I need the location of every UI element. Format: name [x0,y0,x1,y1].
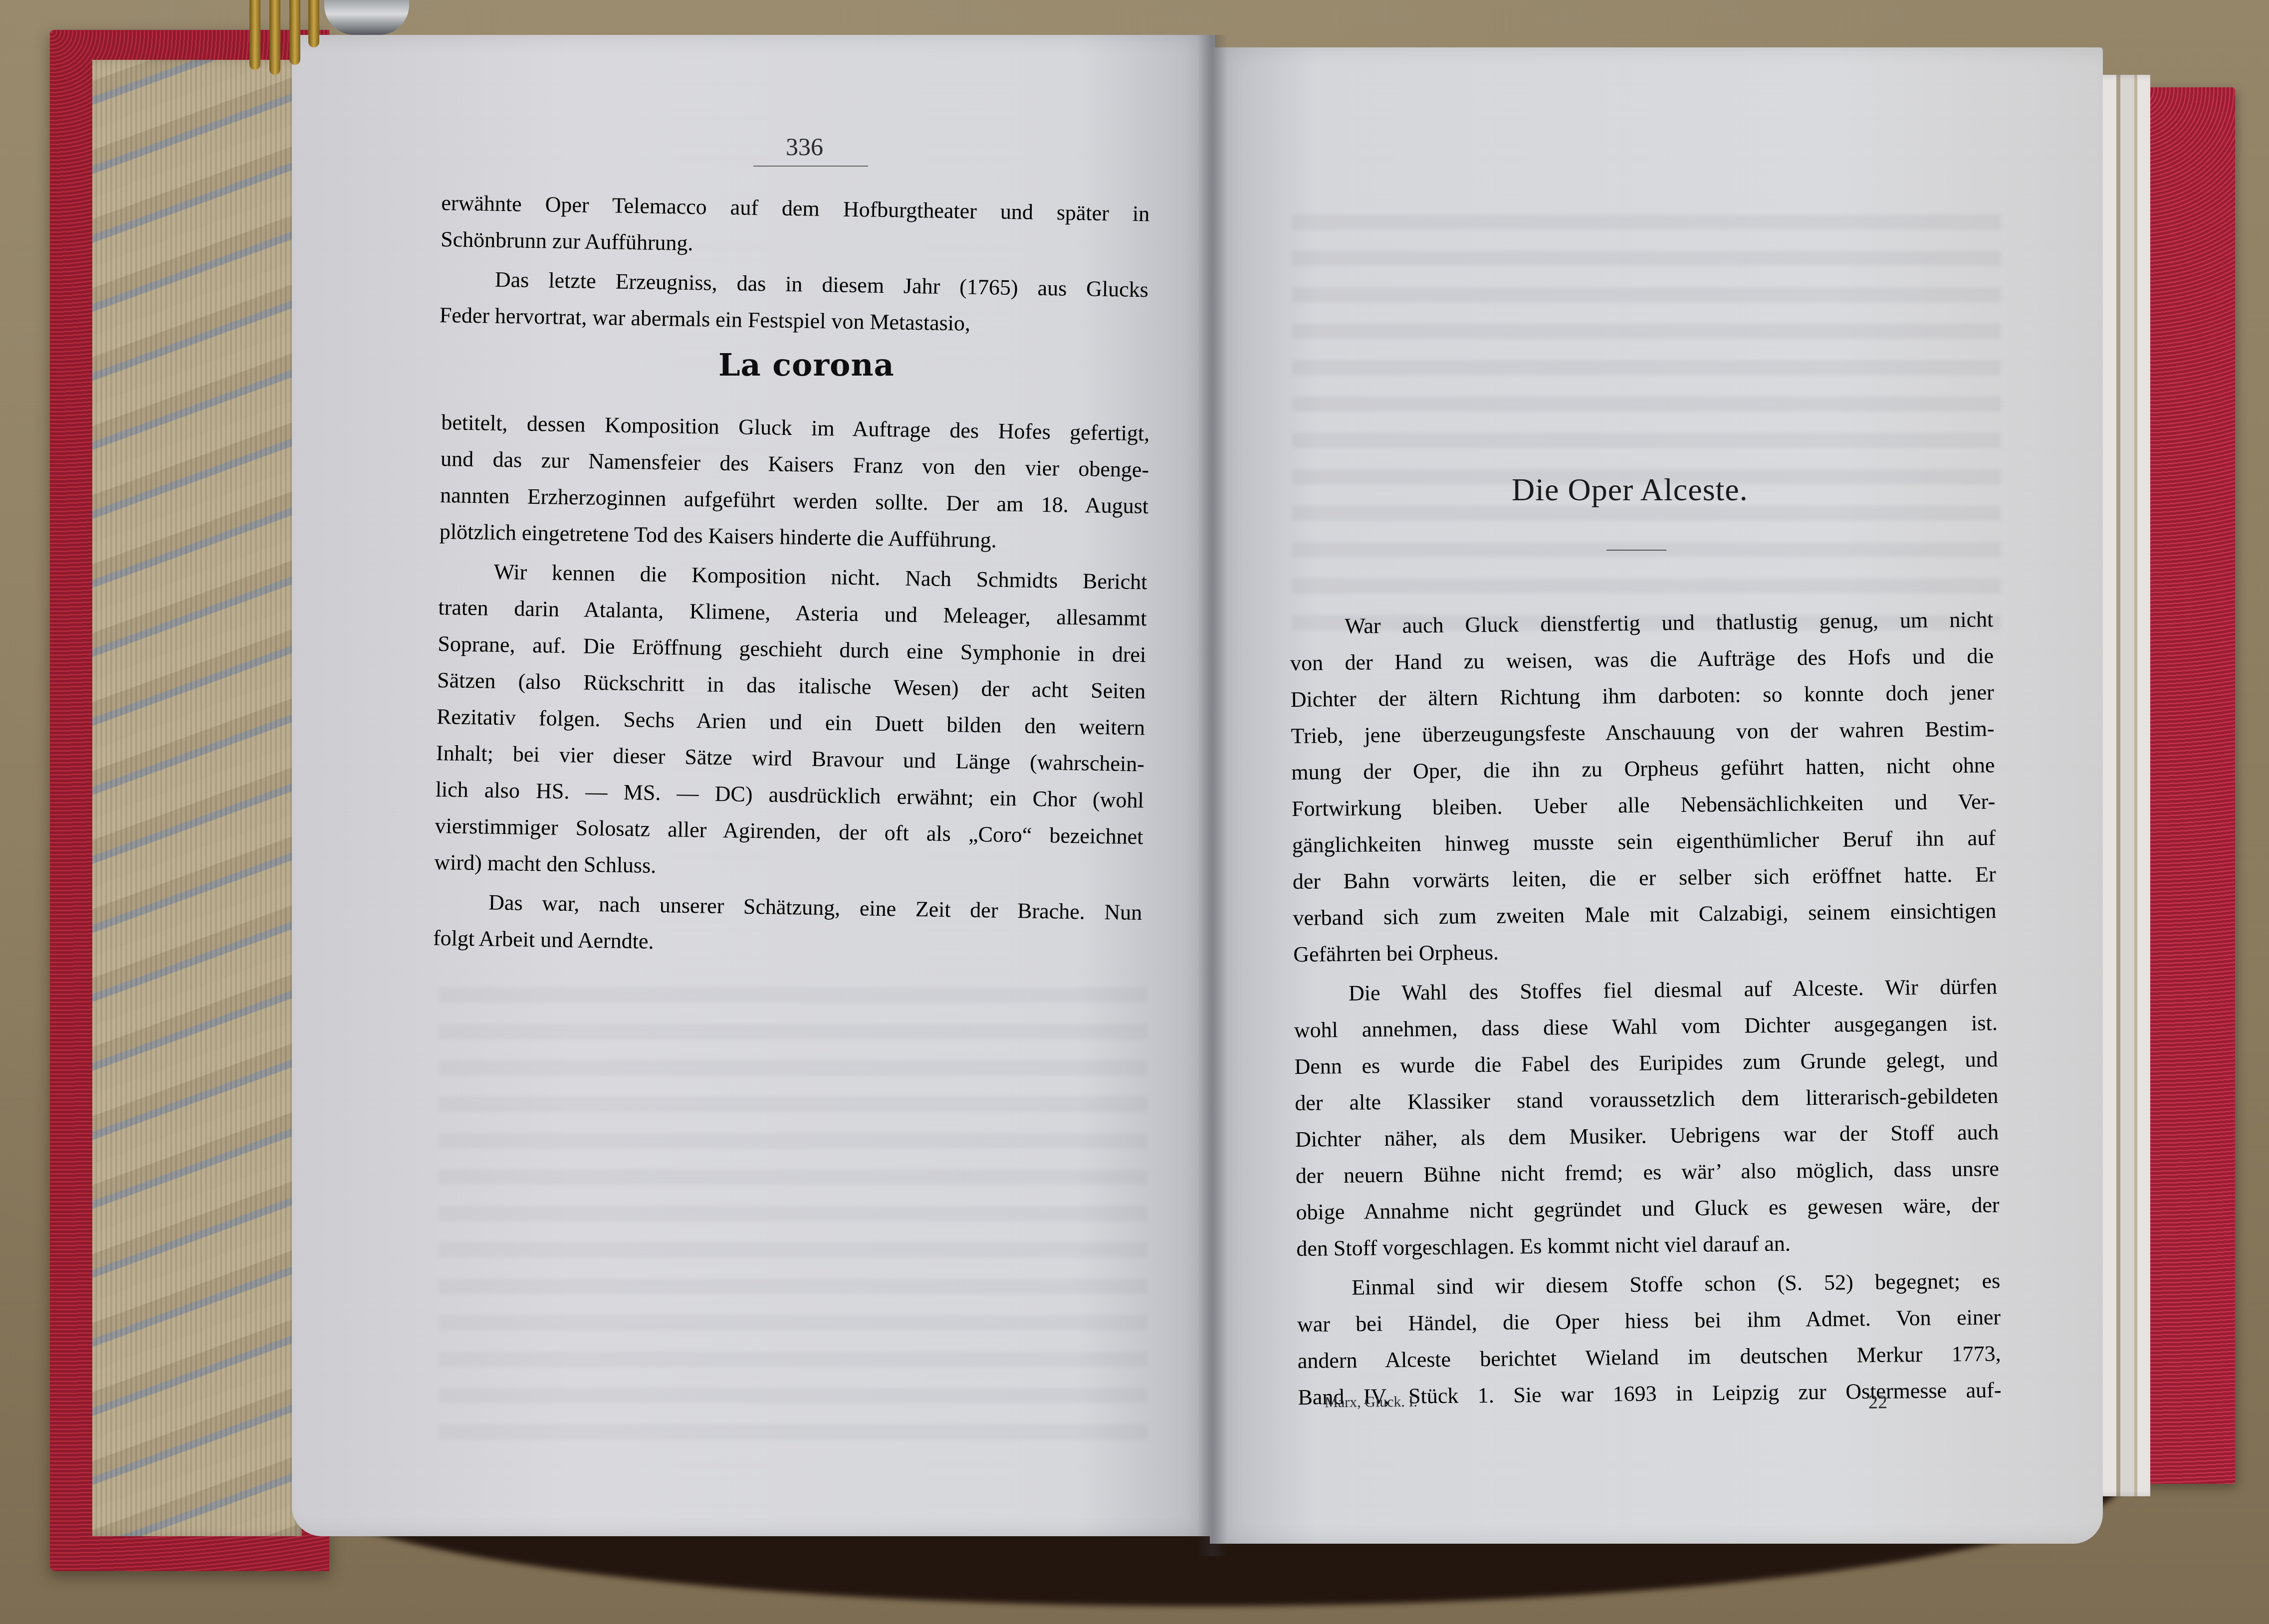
page-number-left: 336 [786,132,823,161]
page-number-rule [753,166,868,167]
text-line: Gefährten bei Orpheus. [1293,929,1997,973]
left-page-text-top: erwähnte Oper Telemacco auf dem Hofburgt… [439,185,1150,344]
show-through-text-right [1292,200,2001,638]
text-line: den Stoff vorgeschlagen. Es kommt nicht … [1296,1223,2000,1267]
chapter-heading-die-oper-alceste: Die Oper Alceste. [1512,471,1748,508]
heading-rule [1606,550,1666,551]
bookmark-clip-icon [234,0,414,75]
book-cover-right [2135,87,2235,1484]
page-block-edge-left [92,60,302,1536]
right-page-text-body: War auch Gluck dienstfertig und thatlust… [1290,601,2002,1416]
text-line: obige Annahme nicht gegründet und Gluck … [1296,1187,2000,1230]
sheet-number: 22 [1868,1391,1887,1413]
book-gutter [1197,35,1227,1556]
section-heading-la-corona: La corona [718,347,895,383]
show-through-text-left [439,973,1147,1451]
left-page-text-body: betitelt, dessen Komposition Gluck im Au… [433,404,1150,967]
signature-mark: Marx, Gluck. I. [1325,1394,1417,1412]
text-line: verband sich zum zweiten Male mit Calzab… [1293,892,1997,936]
